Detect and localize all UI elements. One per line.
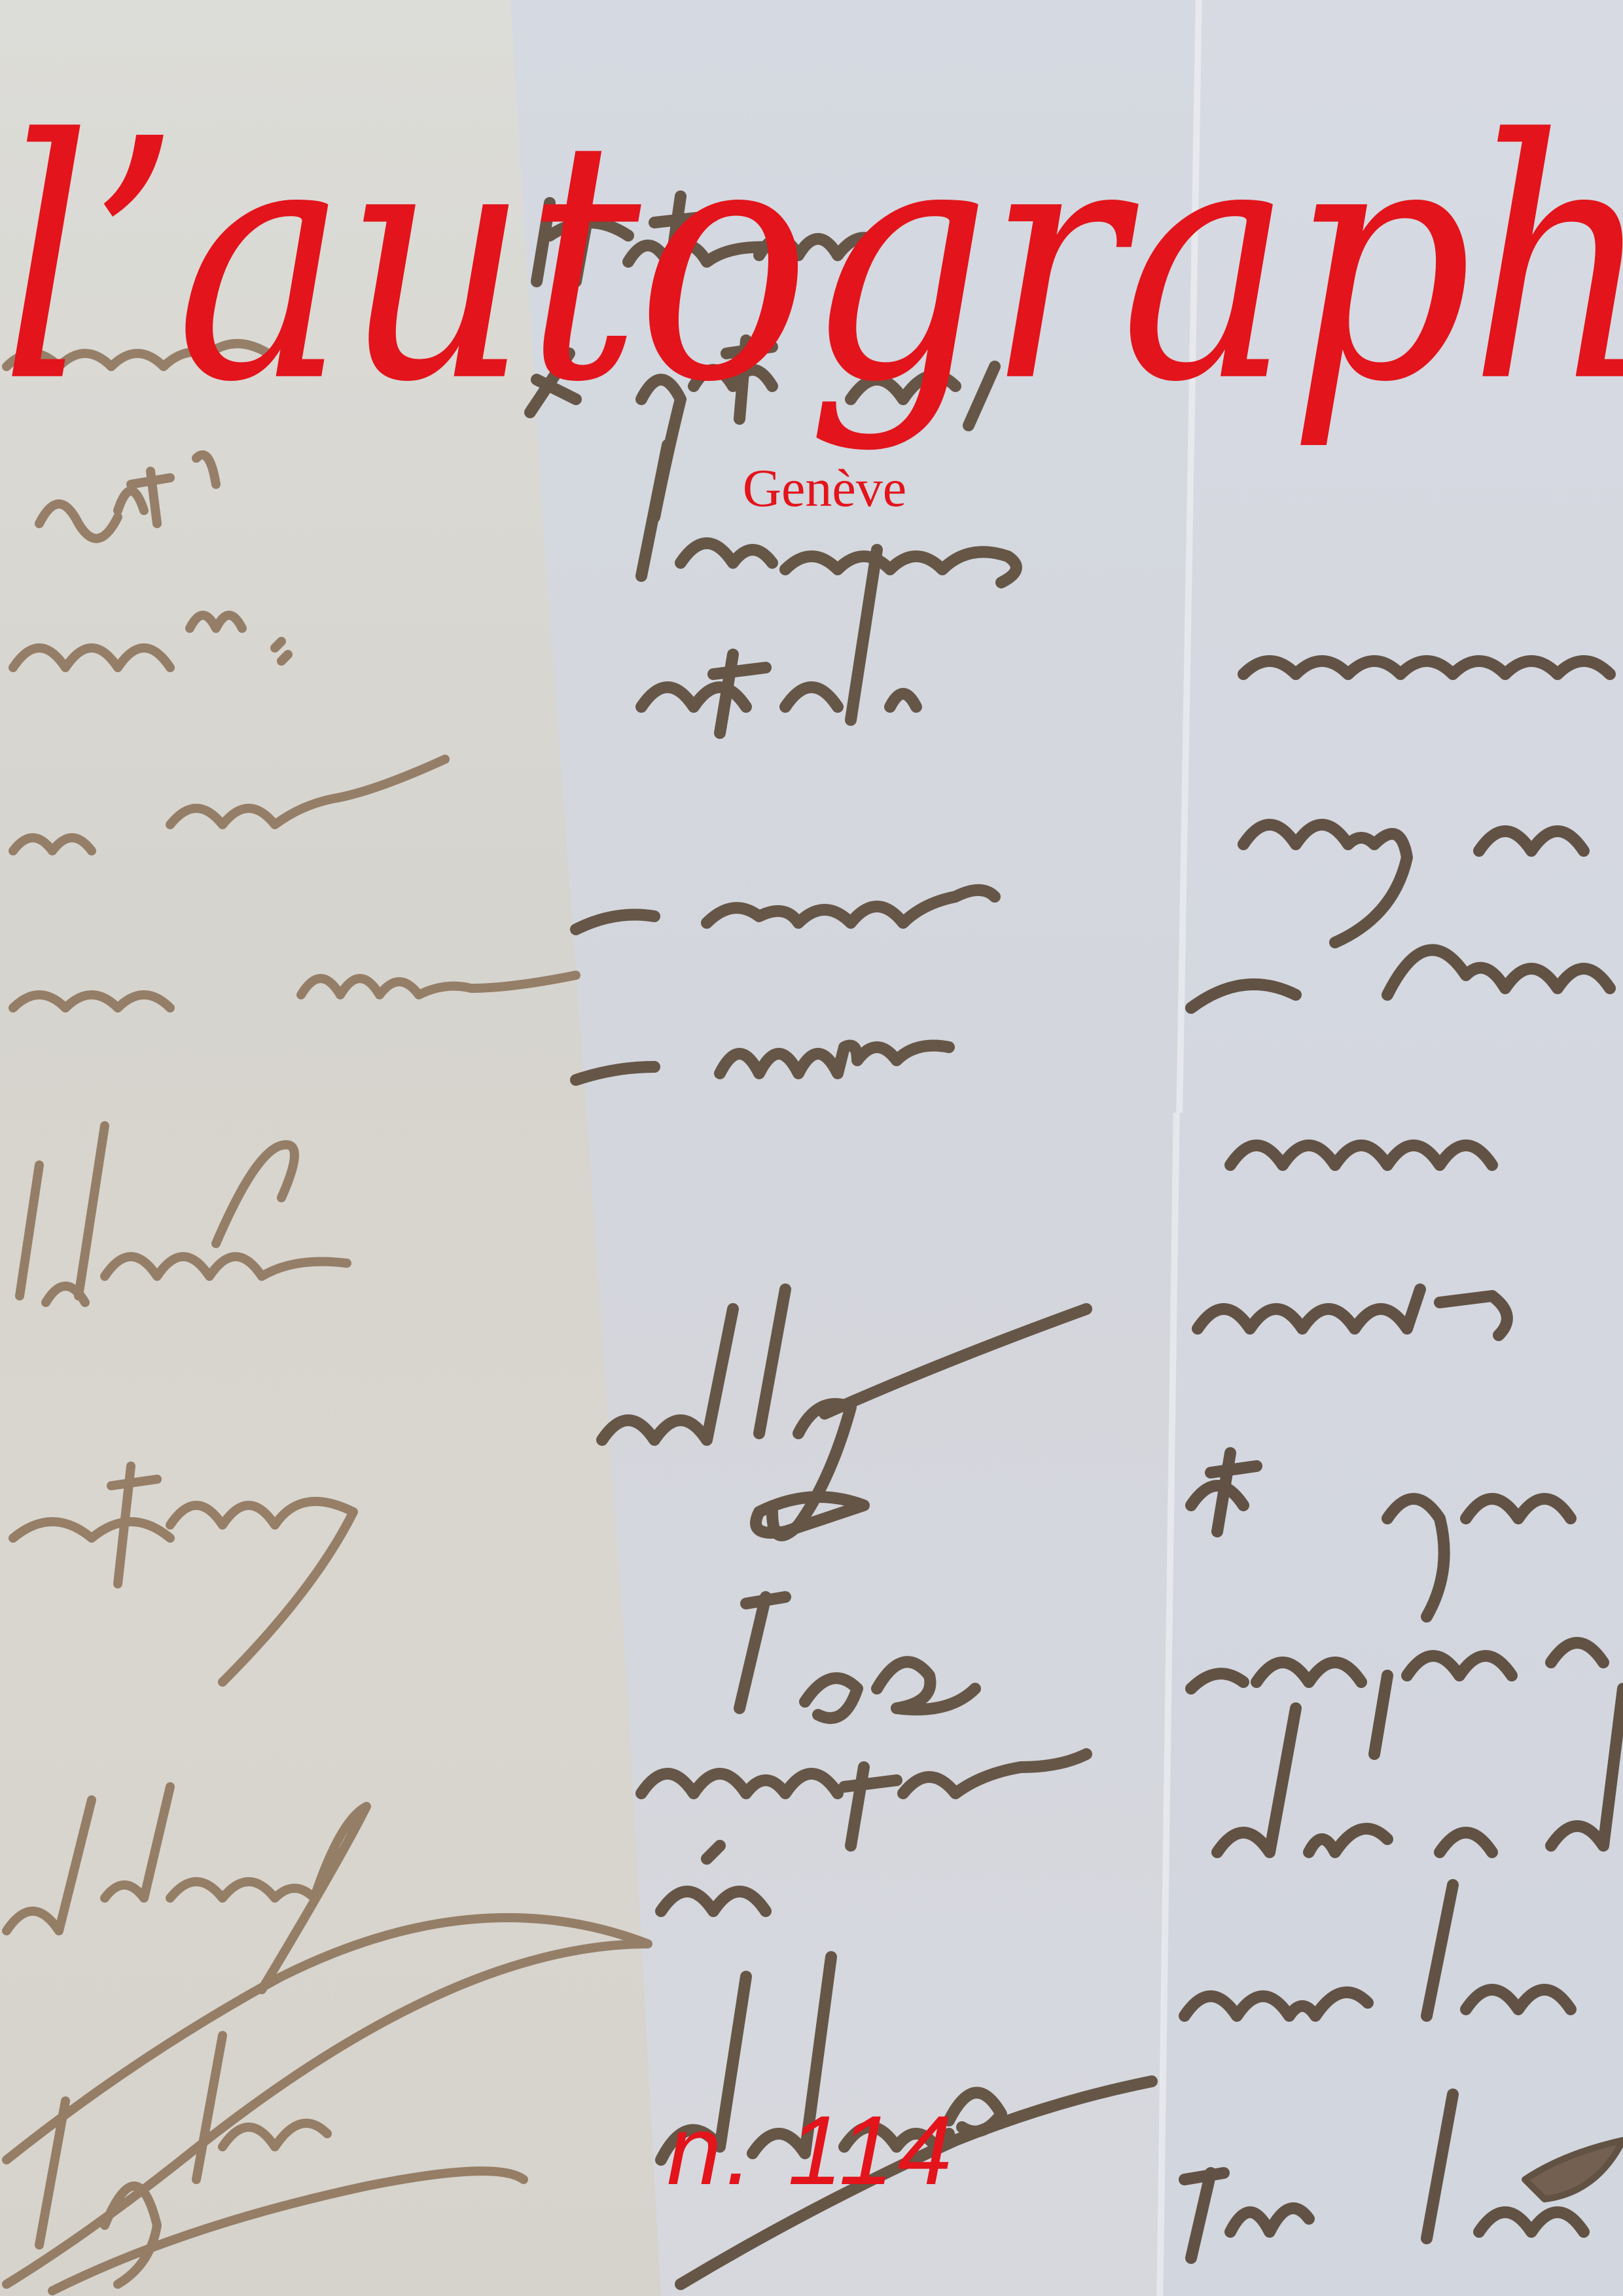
- magazine-title: l’autographe: [0, 96, 1623, 427]
- issue-number: n. 114: [0, 2101, 1623, 2199]
- magazine-location: Genève: [0, 461, 1623, 515]
